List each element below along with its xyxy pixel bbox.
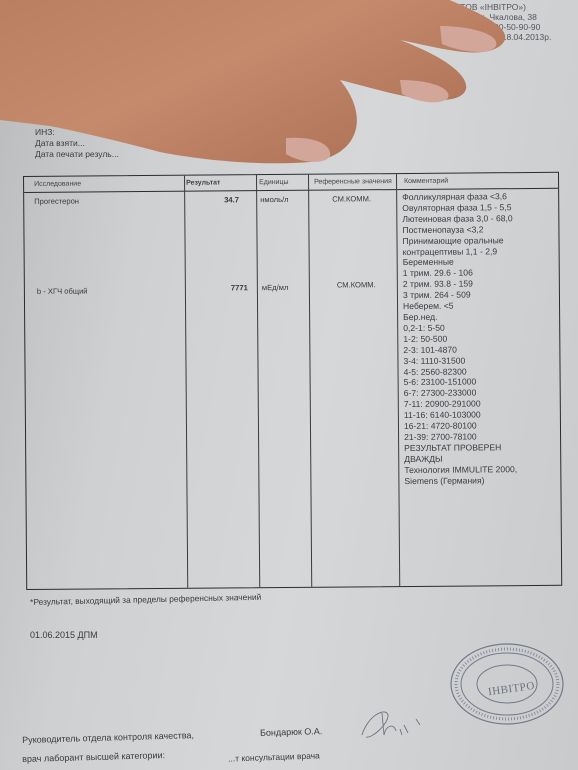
header-reference: Референсные значения bbox=[314, 178, 392, 186]
comment-line: Постменопауза <3,2 bbox=[402, 224, 515, 236]
header-result: Результат bbox=[186, 179, 220, 186]
row-test-progesterone: Прогестерон bbox=[34, 197, 79, 206]
meta-label-inz: ИНЗ: bbox=[35, 127, 55, 137]
header-units: Единицы bbox=[259, 179, 289, 186]
comment-line: 6-7: 27300-233000 bbox=[404, 387, 517, 399]
signatory-title-line1: Руководитель отдела контроля качества, bbox=[22, 730, 194, 745]
comment-line: Овуляторная фаза 1,5 - 5,5 bbox=[402, 202, 515, 214]
comment-line: 3 трим. 264 - 509 bbox=[403, 289, 516, 301]
comment-line: 3-4: 1110-31500 bbox=[403, 355, 516, 367]
handwritten-signature bbox=[358, 705, 428, 745]
print-date: 01.06.2015 ДПМ bbox=[30, 630, 98, 640]
lab-phone: ба 0-800-50-90-90 bbox=[470, 22, 540, 32]
comment-line: Фолликулярная фаза <3,6 bbox=[402, 191, 515, 203]
row-result-progesterone: 34.7 bbox=[224, 195, 239, 204]
comment-line: контрацептивы 1,1 - 2,9 bbox=[403, 246, 516, 258]
row-result-hcg: 7771 bbox=[231, 283, 248, 292]
lab-address: ропетровськ, вул. Чкалова, 38 bbox=[418, 12, 537, 22]
comment-line: 1 трим. 29.6 - 106 bbox=[403, 267, 516, 279]
column-divider bbox=[396, 174, 400, 586]
lab-name: ОРАТОРІЯ ІНВІТРО» (ТОВ «ІНВІТРО») bbox=[372, 2, 526, 12]
comment-list: Фолликулярная фаза <3,6Овуляторная фаза … bbox=[402, 191, 517, 486]
meta-label-print-date: Дата печати резуль... bbox=[35, 149, 119, 159]
comment-line: 5-6: 23100-151000 bbox=[404, 377, 517, 389]
row-units-hcg: мЕд/мл bbox=[262, 283, 289, 292]
comment-line: Беременные bbox=[403, 257, 516, 269]
comment-line: Технология IMMULITE 2000, bbox=[404, 464, 517, 476]
header-test: Исследование bbox=[34, 181, 81, 188]
comment-line: 11-16: 6140-103000 bbox=[404, 409, 517, 421]
results-table: Исследование Результат Единицы Референсн… bbox=[23, 172, 562, 590]
comment-line: Siemens (Германия) bbox=[404, 475, 517, 487]
footnote: *Результат, выходящий за пределы референ… bbox=[30, 592, 261, 607]
row-reference-progesterone: СМ.КОММ. bbox=[332, 194, 371, 203]
column-divider bbox=[256, 175, 260, 587]
comment-line: Принимающие оральные bbox=[402, 235, 515, 247]
comment-line: 1-2: 50-500 bbox=[403, 333, 516, 345]
comment-line: 7-11: 20900-291000 bbox=[404, 398, 517, 410]
row-reference-hcg: СМ.КОММ. bbox=[337, 280, 376, 289]
comment-line: 4-5: 2560-82300 bbox=[404, 366, 517, 378]
comment-line: 16-21: 4720-80100 bbox=[404, 420, 517, 432]
table-header-row: Исследование Результат Единицы Референсн… bbox=[24, 173, 558, 193]
row-test-hcg: b - ХГЧ общий bbox=[37, 286, 88, 295]
meta-label-sample-date: Дата взяти... bbox=[35, 138, 85, 148]
lab-license: від 18.04.2013р. bbox=[488, 32, 551, 42]
comment-line: 0,2-1: 5-50 bbox=[403, 322, 516, 334]
lab-report-page: ОРАТОРІЯ ІНВІТРО» (ТОВ «ІНВІТРО») ропетр… bbox=[0, 0, 578, 770]
comment-line: Бер.нед. bbox=[403, 311, 516, 323]
comment-line: 2 трим. 93.8 - 159 bbox=[403, 278, 516, 290]
comment-line: ДВАЖДЫ bbox=[404, 453, 517, 465]
signatory-title-line2: врач лаборант высшей категории: bbox=[22, 750, 165, 764]
meta-label-patient: Во... bbox=[35, 116, 52, 126]
comment-line: Неберем. <5 bbox=[403, 300, 516, 312]
comment-line: 21-39: 2700-78100 bbox=[404, 431, 517, 443]
signatory-name: Бондарюк О.А. bbox=[260, 726, 323, 738]
header-comment: Комментарий bbox=[404, 178, 448, 185]
consult-note: ...т консультации врача bbox=[228, 750, 320, 763]
comment-line: 2-3: 101-4870 bbox=[403, 344, 516, 356]
row-units-progesterone: нмоль/л bbox=[260, 195, 288, 204]
column-divider bbox=[184, 176, 188, 588]
column-divider bbox=[308, 175, 312, 587]
comment-line: РЕЗУЛЬТАТ ПРОВЕРЕН bbox=[404, 442, 517, 454]
comment-line: Лютеиновая фаза 3,0 - 68,0 bbox=[402, 213, 515, 225]
